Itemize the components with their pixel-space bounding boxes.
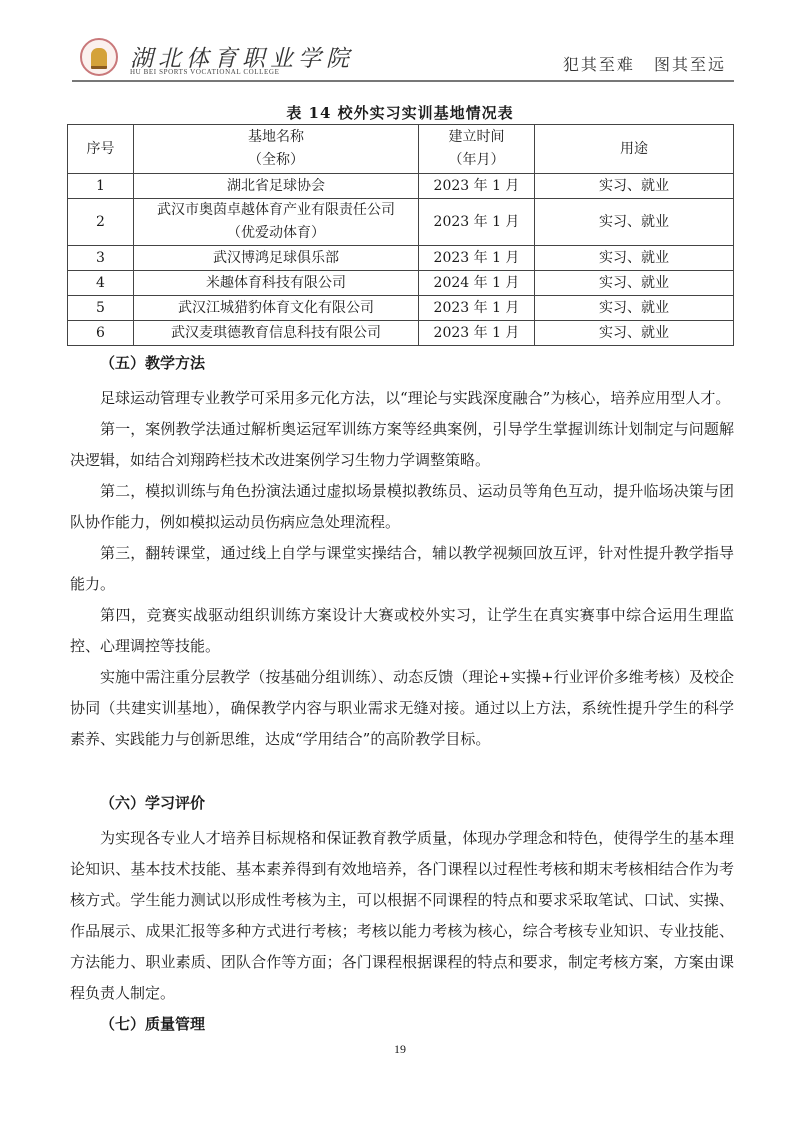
header-date: 建立时间 （年月） [419,125,535,174]
header-divider [72,80,734,82]
heading-learning-evaluation: （六）学习评价 [100,792,205,813]
cell-name: 武汉博鸿足球俱乐部 [134,246,419,271]
header-no: 序号 [68,125,134,174]
cell-date: 2024 年 1 月 [419,271,535,296]
cell-use: 实习、就业 [535,246,734,271]
cell-name: 武汉市奥茵卓越体育产业有限责任公司 （优爱动体育） [134,199,419,246]
paragraph: 足球运动管理专业教学可采用多元化方法，以“理论与实践深度融合”为核心，培养应用型… [70,383,734,414]
school-motto: 犯其至难 图其至远 [563,52,726,75]
internship-base-table: 序号 基地名称 （全称） 建立时间 （年月） 用途 1 湖北省足球协会 2023… [67,124,734,346]
heading-teaching-method: （五）教学方法 [100,352,205,373]
paragraph: 第一，案例教学法通过解析奥运冠军训练方案等经典案例，引导学生掌握训练计划制定与问… [70,414,734,476]
cell-use: 实习、就业 [535,321,734,346]
college-seal-icon [80,38,118,76]
cell-no: 5 [68,296,134,321]
cell-no: 6 [68,321,134,346]
table-row: 3 武汉博鸿足球俱乐部 2023 年 1 月 实习、就业 [68,246,734,271]
header-name: 基地名称 （全称） [134,125,419,174]
cell-no: 3 [68,246,134,271]
header-date-line2: （年月） [419,149,534,172]
table-row: 6 武汉麦琪德教育信息科技有限公司 2023 年 1 月 实习、就业 [68,321,734,346]
paragraph: 第二，模拟训练与角色扮演法通过虚拟场景模拟教练员、运动员等角色互动，提升临场决策… [70,476,734,538]
cell-date: 2023 年 1 月 [419,246,535,271]
teaching-method-body: 足球运动管理专业教学可采用多元化方法，以“理论与实践深度融合”为核心，培养应用型… [70,383,734,755]
cell-name: 武汉麦琪德教育信息科技有限公司 [134,321,419,346]
cell-date: 2023 年 1 月 [419,174,535,199]
cell-name: 湖北省足球协会 [134,174,419,199]
paragraph: 实施中需注重分层教学（按基础分组训练）、动态反馈（理论+实操+行业评价多维考核）… [70,662,734,755]
table-row: 4 米趣体育科技有限公司 2024 年 1 月 实习、就业 [68,271,734,296]
cell-no: 1 [68,174,134,199]
table-title: 表 14 校外实习实训基地情况表 [0,102,800,123]
table-header-row: 序号 基地名称 （全称） 建立时间 （年月） 用途 [68,125,734,174]
cell-date: 2023 年 1 月 [419,296,535,321]
header-name-line2: （全称） [134,149,418,172]
cell-name-line2: （优爱动体育） [134,222,418,245]
cell-no: 4 [68,271,134,296]
cell-use: 实习、就业 [535,174,734,199]
table-row: 2 武汉市奥茵卓越体育产业有限责任公司 （优爱动体育） 2023 年 1 月 实… [68,199,734,246]
header-name-line1: 基地名称 [134,126,418,149]
header-use: 用途 [535,125,734,174]
cell-use: 实习、就业 [535,199,734,246]
learning-evaluation-body: 为实现各专业人才培养目标规格和保证教育教学质量，体现办学理念和特色，使得学生的基… [70,823,734,1009]
page-number: 19 [0,1042,800,1057]
cell-use: 实习、就业 [535,271,734,296]
cell-name: 武汉江城猎豹体育文化有限公司 [134,296,419,321]
cell-name-line1: 武汉市奥茵卓越体育产业有限责任公司 [134,199,418,222]
cell-date: 2023 年 1 月 [419,199,535,246]
paragraph: 第四，竞赛实战驱动组织训练方案设计大赛或校外实习，让学生在真实赛事中综合运用生理… [70,600,734,662]
school-name-en: HU BEI SPORTS VOCATIONAL COLLEGE [130,68,279,76]
cell-name: 米趣体育科技有限公司 [134,271,419,296]
heading-quality-management: （七）质量管理 [100,1013,205,1034]
cell-use: 实习、就业 [535,296,734,321]
page-header: 湖北体育职业学院 HU BEI SPORTS VOCATIONAL COLLEG… [72,30,732,80]
table-row: 1 湖北省足球协会 2023 年 1 月 实习、就业 [68,174,734,199]
paragraph: 第三，翻转课堂，通过线上自学与课堂实操结合，辅以教学视频回放互评，针对性提升教学… [70,538,734,600]
table-row: 5 武汉江城猎豹体育文化有限公司 2023 年 1 月 实习、就业 [68,296,734,321]
header-date-line1: 建立时间 [419,126,534,149]
cell-date: 2023 年 1 月 [419,321,535,346]
paragraph: 为实现各专业人才培养目标规格和保证教育教学质量，体现办学理念和特色，使得学生的基… [70,823,734,1009]
cell-no: 2 [68,199,134,246]
